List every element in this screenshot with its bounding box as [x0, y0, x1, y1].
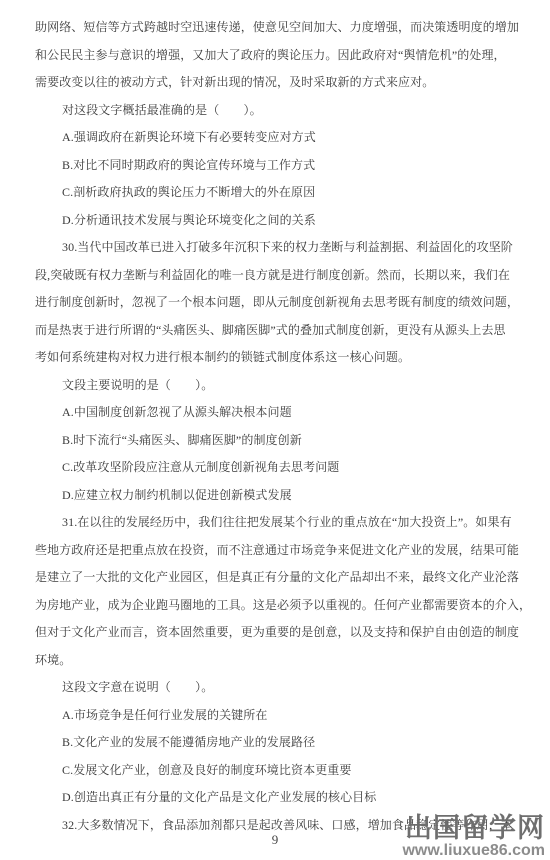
- text-line: B.时下流行“头痛医头、脚痛医脚”的制度创新: [35, 427, 517, 455]
- text-line: A.中国制度创新忽视了从源头解决根本问题: [35, 399, 517, 427]
- text-line: 这段文字意在说明（ ）。: [35, 674, 517, 702]
- text-line: 些地方政府还是把重点放在投资，而不注意通过市场竞争来促进文化产业的发展，结果可能: [35, 537, 517, 565]
- text-line: D.分析通讯技术发展与舆论环境变化之间的关系: [35, 207, 517, 235]
- text-line: 需要改变以往的被动方式，针对新出现的情况，及时采取新的方式来应对。: [35, 69, 517, 97]
- text-line: 30.当代中国改革已进入打破多年沉积下来的权力垄断与利益割据、利益固化的攻坚阶: [35, 234, 517, 262]
- text-line: 和公民民主参与意识的增强，又加大了政府的舆论压力。因此政府对“舆情危机”的处理，: [35, 42, 517, 70]
- text-line: C.发展文化产业，创意及良好的制度环境比资本更重要: [35, 757, 517, 785]
- text-line: D.应建立权力制约机制以促进创新模式发展: [35, 482, 517, 510]
- text-line: 助网络、短信等方式跨越时空迅速传递，使意见空间加大、力度增强，而决策透明度的增加: [35, 14, 517, 42]
- watermark-site-url: www.liuxue86.com: [402, 843, 545, 859]
- text-line: 文段主要说明的是（ ）。: [35, 372, 517, 400]
- text-line: C.改革攻坚阶段应注意从元制度创新视角去思考问题: [35, 454, 517, 482]
- document-text: 助网络、短信等方式跨越时空迅速传递，使意见空间加大、力度增强，而决策透明度的增加…: [35, 14, 517, 839]
- text-line: 环境。: [35, 647, 517, 675]
- text-line: C.剖析政府执政的舆论压力不断增大的外在原因: [35, 179, 517, 207]
- text-line: 段,突破既有权力垄断与利益固化的唯一良方就是进行制度创新。然而，长期以来，我们在: [35, 262, 517, 290]
- document-page: 助网络、短信等方式跨越时空迅速传递，使意见空间加大、力度增强，而决策透明度的增加…: [0, 0, 550, 860]
- text-line: 为房地产业，成为企业跑马圈地的工具。这是必须予以重视的。任何产业都需要资本的介入…: [35, 592, 517, 620]
- text-line: 对这段文字概括最准确的是（ ）。: [35, 97, 517, 125]
- text-line: 是建立了一大批的文化产业园区，但是真正有分量的文化产品却出不来，最终文化产业沦落: [35, 564, 517, 592]
- text-line: 考如何系统建构对权力进行根本制约的锁链式制度体系这一核心问题。: [35, 344, 517, 372]
- text-line: 进行制度创新时，忽视了一个根本问题，即从元制度创新视角去思考既有制度的绩效问题，: [35, 289, 517, 317]
- page-number: 9: [230, 832, 320, 848]
- text-line: 但对于文化产业而言，资本固然重要，更为重要的是创意，以及支持和保护自由创造的制度: [35, 619, 517, 647]
- text-line: A.强调政府在新舆论环境下有必要转变应对方式: [35, 124, 517, 152]
- text-line: D.创造出真正有分量的文化产品是文化产业发展的核心目标: [35, 784, 517, 812]
- text-line: 31.在以往的发展经历中，我们往往把发展某个行业的重点放在“加大投资上”。如果有: [35, 509, 517, 537]
- text-line: 而是热衷于进行所谓的“头痛医头、脚痛医脚”式的叠加式制度创新，更没有从源头上去思: [35, 317, 517, 345]
- text-line: A.市场竞争是任何行业发展的关键所在: [35, 702, 517, 730]
- text-line: B.文化产业的发展不能遵循房地产业的发展路径: [35, 729, 517, 757]
- text-line: B.对比不同时期政府的舆论宣传环境与工作方式: [35, 152, 517, 180]
